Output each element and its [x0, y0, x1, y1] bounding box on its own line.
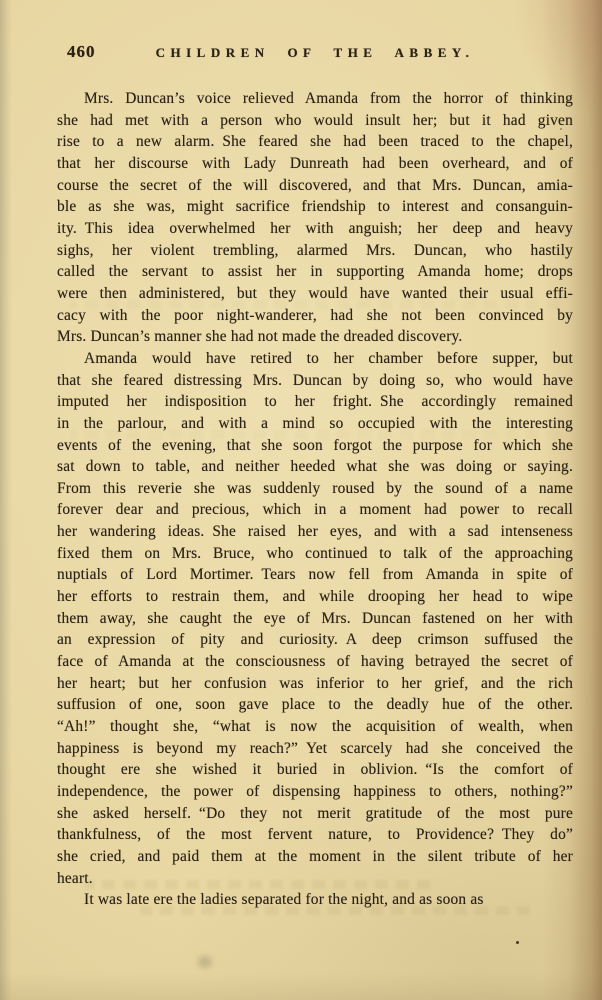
page-number: 460 — [67, 42, 96, 62]
text-line: ble as she was, might sacrifice friendsh… — [57, 196, 573, 218]
text-line: them away, she caught the eye of Mrs. Du… — [57, 608, 573, 630]
text-line: It was late ere the ladies separated for… — [57, 889, 573, 911]
text-line: thought ere she wished it buried in obli… — [57, 759, 573, 781]
paragraph: It was late ere the ladies separated for… — [57, 889, 573, 911]
page-header: 460 CHILDREN OF THE ABBEY. — [57, 42, 573, 66]
text-line: called the servant to assist her in supp… — [57, 261, 573, 283]
page-left-edge — [0, 0, 12, 1000]
text-line: Mrs. Duncan’s voice relieved Amanda from… — [57, 88, 573, 110]
text-line: her efforts to restrain them, and while … — [57, 586, 573, 608]
book-page: 460 CHILDREN OF THE ABBEY. Mrs. Duncan’s… — [0, 0, 602, 1000]
text-line: were then administered, but they would h… — [57, 283, 573, 305]
text-line: she had met with a person who would insu… — [57, 110, 573, 132]
text-line: sighs, her violent trembling, alarmed Mr… — [57, 240, 573, 262]
text-line: nuptials of Lord Mortimer. Tears now fel… — [57, 564, 573, 586]
text-line: happiness is beyond my reach?” Yet scarc… — [57, 738, 573, 760]
text-line: independence, the power of dispensing ha… — [57, 781, 573, 803]
page-bottom-shadow — [0, 972, 602, 1000]
text-line: she asked herself. “Do they not merit gr… — [57, 803, 573, 825]
running-title: CHILDREN OF THE ABBEY. — [57, 42, 573, 61]
text-line: sat down to table, and neither heeded wh… — [57, 456, 573, 478]
text-line: fixed them on Mrs. Bruce, who continued … — [57, 543, 573, 565]
page-body: Mrs. Duncan’s voice relieved Amanda from… — [57, 88, 573, 911]
text-line: that her discourse with Lady Dunreath ha… — [57, 153, 573, 175]
text-line: imputed her indisposition to her fright.… — [57, 391, 573, 413]
text-line: course the secret of the will discovered… — [57, 175, 573, 197]
text-line: cacy with the poor night-wanderer, had s… — [57, 305, 573, 327]
paper-smudge — [198, 956, 212, 968]
text-line: heart. — [57, 868, 573, 890]
text-line: Amanda would have retired to her chamber… — [57, 348, 573, 370]
text-line: suffusion of one, soon gave place to the… — [57, 694, 573, 716]
text-line: From this reverie she was suddenly rouse… — [57, 478, 573, 500]
text-line: her heart; but her confusion was inferio… — [57, 673, 573, 695]
text-line: forever dear and precious, which in a mo… — [57, 499, 573, 521]
text-line: events of the evening, that she soon for… — [57, 435, 573, 457]
text-line: face of Amanda at the consciousness of h… — [57, 651, 573, 673]
text-line: ity. This idea overwhelmed her with angu… — [57, 218, 573, 240]
text-line: Mrs. Duncan’s manner she had not made th… — [57, 326, 573, 348]
text-line: thankfulness, of the most fervent nature… — [57, 824, 573, 846]
text-line: rise to a new alarm. She feared she had … — [57, 131, 573, 153]
text-line: she cried, and paid them at the moment i… — [57, 846, 573, 868]
text-line: “Ah!” thought she, “what is now the acqu… — [57, 716, 573, 738]
ink-speck — [516, 941, 519, 944]
text-line: her wandering ideas. She raised her eyes… — [57, 521, 573, 543]
paragraph: Mrs. Duncan’s voice relieved Amanda from… — [57, 88, 573, 348]
text-line: in the parlour, and with a mind so occup… — [57, 413, 573, 435]
paragraph: Amanda would have retired to her chamber… — [57, 348, 573, 889]
text-line: that she feared distressing Mrs. Duncan … — [57, 370, 573, 392]
text-line: an expression of pity and curiosity. A d… — [57, 629, 573, 651]
